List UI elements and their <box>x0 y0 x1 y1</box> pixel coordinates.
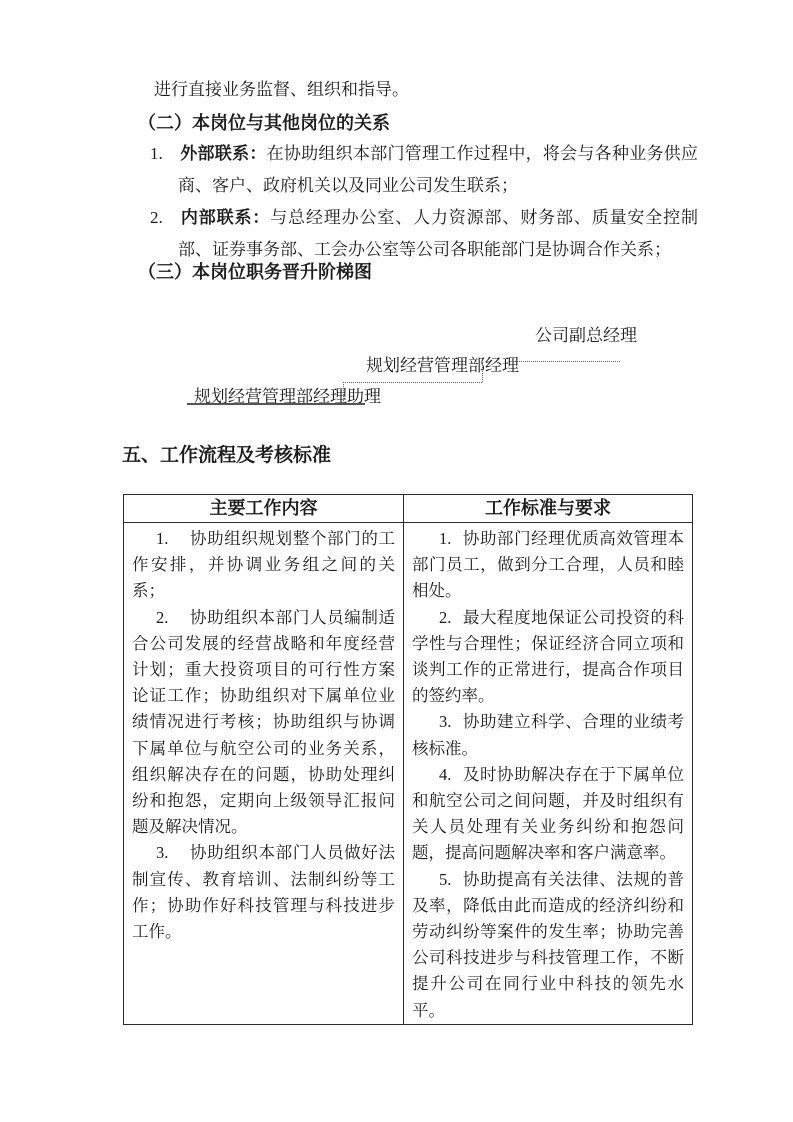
item-number: 1. <box>156 529 168 548</box>
table-body-row: 1.协助组织规划整个部门的工作安排，并协调业务组之间的关系； 2.协助组织本部门… <box>124 523 693 1025</box>
item-text: 协助提高有关法律、法规的普及率，降低由此而造成的经济纠纷和劳动纠纷等案件的发生率… <box>412 870 684 1020</box>
table-header-main-work: 主要工作内容 <box>124 495 404 523</box>
table-cell-standards: 1.协助部门经理优质高效管理本部门员工，做到分工合理，人员和睦相处。 2.最大程… <box>404 523 693 1025</box>
ladder-level-department-manager: 规划经营管理部经理 <box>366 351 519 376</box>
item-number: 5. <box>439 870 451 889</box>
item-number: 1. <box>439 529 451 548</box>
item-number: 3. <box>156 843 168 862</box>
item-text: 协助组织规划整个部门的工作安排，并协调业务组之间的关系； <box>132 529 395 600</box>
document-page: 进行直接业务监督、组织和指导。 （二）本岗位与其他岗位的关系 1.外部联系：在协… <box>0 0 793 1122</box>
item-text: 协助组织本部门人员做好法制宣传、教育培训、法制纠纷等工作；协助作好科技管理与科技… <box>132 843 395 941</box>
ladder-dotted-connector-lower <box>343 382 482 383</box>
section-heading-workflow-standards: 五、工作流程及考核标准 <box>122 440 331 467</box>
ladder-dotted-riser-lower <box>343 382 344 403</box>
item-number: 4. <box>439 765 451 784</box>
table-cell-main-work: 1.协助组织规划整个部门的工作安排，并协调业务组之间的关系； 2.协助组织本部门… <box>124 523 404 1025</box>
ladder-dotted-riser-upper <box>482 362 483 382</box>
standard-item: 3.协助建立科学、合理的业绩考核标准。 <box>412 709 684 761</box>
item-text: 协助建立科学、合理的业绩考核标准。 <box>412 712 684 757</box>
table-header-row: 主要工作内容 工作标准与要求 <box>124 495 693 523</box>
ladder-level-vice-general-manager: 公司副总经理 <box>535 321 637 346</box>
item-number: 2. <box>439 608 451 627</box>
standard-item: 5.协助提高有关法律、法规的普及率，降低由此而造成的经济纠纷和劳动纠纷等案件的发… <box>412 867 684 1024</box>
item-text: 最大程度地保证公司投资的科学性与合理性；保证经济合同立项和谈判工作的正常进行，提… <box>412 608 684 706</box>
item-text: 及时协助解决存在于下属单位和航空公司之间问题，并及时组织有关人员处理有关业务纠纷… <box>412 765 684 863</box>
table-header-standards: 工作标准与要求 <box>404 495 693 523</box>
main-work-item: 2.协助组织本部门人员编制适合公司发展的经营战略和年度经营计划；重大投资项目的可… <box>132 605 395 841</box>
item-number: 2. <box>156 608 168 627</box>
item-text: 协助组织本部门人员编制适合公司发展的经营战略和年度经营计划；重大投资项目的可行性… <box>132 608 395 837</box>
standard-item: 4.及时协助解决存在于下属单位和航空公司之间问题，并及时组织有关人员处理有关业务… <box>412 762 684 867</box>
main-work-item: 1.协助组织规划整个部门的工作安排，并协调业务组之间的关系； <box>132 526 395 605</box>
item-number: 3. <box>439 712 451 731</box>
work-standards-table: 主要工作内容 工作标准与要求 1.协助组织规划整个部门的工作安排，并协调业务组之… <box>123 494 693 1025</box>
standard-item: 2.最大程度地保证公司投资的科学性与合理性；保证经济合同立项和谈判工作的正常进行… <box>412 605 684 710</box>
item-text: 协助部门经理优质高效管理本部门员工，做到分工合理，人员和睦相处。 <box>412 529 684 600</box>
main-work-item: 3.协助组织本部门人员做好法制宣传、教育培训、法制纠纷等工作；协助作好科技管理与… <box>132 840 395 945</box>
ladder-dotted-connector-upper <box>512 361 620 362</box>
promotion-ladder-diagram: 公司副总经理 规划经营管理部经理 规划经营管理部经理助理 <box>0 0 793 430</box>
ladder-baseline-rule <box>187 403 365 405</box>
standard-item: 1.协助部门经理优质高效管理本部门员工，做到分工合理，人员和睦相处。 <box>412 526 684 605</box>
